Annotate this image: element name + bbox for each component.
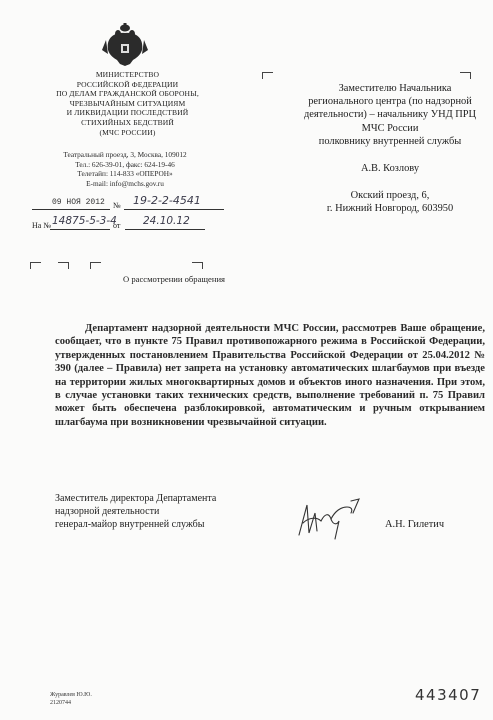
signatory-position-line: Заместитель директора Департамента bbox=[55, 492, 216, 505]
addressee-line: Заместителю Начальника bbox=[290, 82, 490, 95]
number-label: № bbox=[113, 201, 121, 210]
outgoing-number: 19-2-2-4541 bbox=[133, 194, 201, 207]
letter-subject: О рассмотрении обращения bbox=[123, 274, 225, 284]
date-underline bbox=[32, 209, 110, 210]
signatory-position-line: генерал-майор внутренней службы bbox=[55, 518, 216, 531]
letter-body: Департамент надзорной деятельности МЧС Р… bbox=[55, 322, 485, 429]
addressee-line: регионального центра (по надзорной bbox=[290, 95, 490, 108]
addressee-corner-right bbox=[460, 72, 471, 79]
reply-date-underline bbox=[125, 229, 205, 230]
russian-coat-of-arms-icon bbox=[100, 20, 150, 70]
executor-info: Журавлев Ю.Ю. 2120744 bbox=[50, 692, 92, 707]
ministry-line: ЧРЕЗВЫЧАЙНЫМ СИТУАЦИЯМ bbox=[40, 99, 215, 109]
executor-name: Журавлев Ю.Ю. bbox=[50, 692, 92, 700]
ministry-line: (МЧС РОССИИ) bbox=[40, 128, 215, 138]
ministry-name: МИНИСТЕРСТВО РОССИЙСКОЙ ФЕДЕРАЦИИ ПО ДЕЛ… bbox=[40, 70, 215, 137]
date-stamp: 09 НОЯ 2012 bbox=[52, 198, 105, 207]
addressee-line: полковнику внутренней службы bbox=[290, 135, 490, 148]
number-underline bbox=[124, 209, 224, 210]
reply-to-underline bbox=[50, 229, 110, 230]
ministry-line: МИНИСТЕРСТВО bbox=[40, 70, 215, 80]
signatory-position: Заместитель директора Департамента надзо… bbox=[55, 492, 216, 531]
signatory-name: А.Н. Гилетич bbox=[385, 519, 444, 530]
subject-corner bbox=[90, 262, 101, 269]
from-label: от bbox=[113, 221, 120, 230]
ministry-line: РОССИЙСКОЙ ФЕДЕРАЦИИ bbox=[40, 80, 215, 90]
document-serial-number: 443407 bbox=[415, 686, 481, 704]
ministry-line: ПО ДЕЛАМ ГРАЖДАНСКОЙ ОБОРОНЫ, bbox=[40, 89, 215, 99]
addressee-block: Заместителю Начальника регионального цен… bbox=[290, 82, 490, 216]
contact-email: E-mail: info@mchs.gov.ru bbox=[30, 179, 220, 189]
contact-teletype: Телетайп: 114-833 «ОПЕРОН» bbox=[30, 169, 220, 179]
addressee-line: МЧС России bbox=[290, 122, 490, 135]
contact-phone-fax: Тел.: 626-39-01, факс: 624-19-46 bbox=[30, 160, 220, 170]
reply-to-date: 24.10.12 bbox=[143, 215, 190, 227]
subject-corner bbox=[30, 262, 41, 269]
subject-corner bbox=[58, 262, 69, 269]
signatory-position-line: надзорной деятельности bbox=[55, 505, 216, 518]
ministry-line: СТИХИЙНЫХ БЕДСТВИЙ bbox=[40, 118, 215, 128]
reply-to-number: 14875-5-3-4 bbox=[52, 215, 117, 227]
handwritten-signature-icon bbox=[295, 495, 365, 540]
addressee-line: деятельности) – начальнику УНД ПРЦ bbox=[290, 108, 490, 121]
addressee-name: А.В. Козлову bbox=[290, 162, 490, 175]
executor-phone: 2120744 bbox=[50, 700, 92, 708]
body-paragraph: Департамент надзорной деятельности МЧС Р… bbox=[55, 322, 485, 429]
addressee-address-line: Окский проезд, 6, bbox=[290, 189, 490, 202]
ministry-contacts: Театральный проезд, 3, Москва, 109012 Те… bbox=[30, 150, 220, 188]
addressee-address-line: г. Нижний Новгород, 603950 bbox=[290, 202, 490, 215]
subject-corner bbox=[192, 262, 203, 269]
contact-address: Театральный проезд, 3, Москва, 109012 bbox=[30, 150, 220, 160]
addressee-corner-left bbox=[262, 72, 273, 79]
reply-to-label: На № bbox=[32, 221, 51, 230]
ministry-line: И ЛИКВИДАЦИИ ПОСЛЕДСТВИЙ bbox=[40, 108, 215, 118]
